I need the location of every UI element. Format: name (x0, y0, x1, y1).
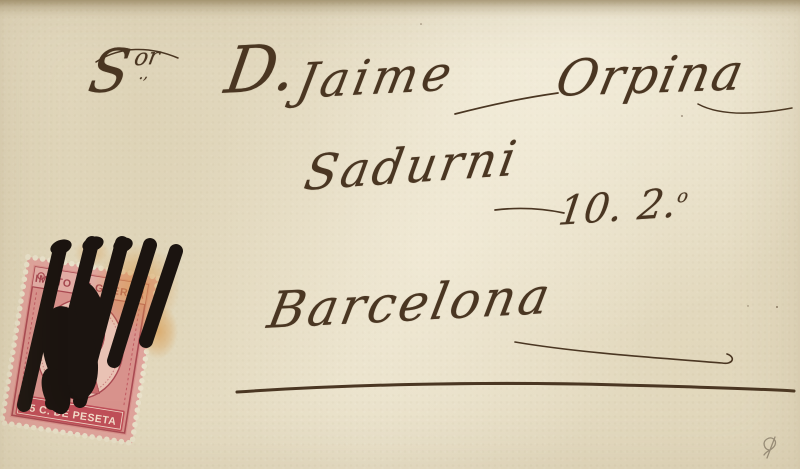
address-last-name: Orpina (552, 47, 750, 104)
postage-stamp: IMPTO DE GUERRA 15 C. DE PESETA (0, 233, 212, 469)
honorific-superscript: or., (131, 45, 161, 78)
floor-superscript: o (676, 186, 690, 208)
sadurni-number-connector (495, 209, 564, 213)
stamp-value-tablet-border (17, 396, 122, 429)
floor-number: 2. (635, 180, 680, 229)
collector-mark-curl (764, 438, 775, 455)
stamp-oval (30, 293, 131, 405)
address-street: Sadurni (301, 134, 522, 198)
ink-speck (776, 306, 778, 308)
stamp-denomination: 15 C. DE PESETA (22, 401, 117, 428)
stamp-band-rule (32, 287, 145, 305)
ink-speck (420, 23, 422, 25)
house-number: 10. (556, 184, 626, 235)
honorific-initial: S (84, 35, 136, 107)
address-number-floor: 10.2.o (556, 183, 690, 232)
address-first-name: Jaime (293, 49, 459, 106)
stamp-side-ornament (21, 292, 139, 405)
pencil-collector-mark (755, 432, 795, 462)
jaime-orpina-connector (455, 93, 558, 114)
address-underline (237, 383, 794, 392)
envelope-cover: Sor., D. Jaime Orpina Sadurni 10.2.o Bar… (0, 0, 800, 469)
ink-speck (747, 305, 748, 306)
spacer (620, 219, 636, 220)
stamp-inner-ground (10, 265, 151, 436)
address-city: Barcelona (264, 271, 557, 336)
stamp-top-band (32, 267, 148, 305)
address-honorific: Sor., (84, 38, 163, 106)
toning-stain (74, 239, 110, 267)
stamp-paper (2, 257, 159, 444)
king-profile-portrait (47, 308, 111, 398)
stamp-frame (12, 267, 148, 433)
barcelona-tail-flourish (515, 342, 732, 363)
stamp-value-tablet (15, 394, 125, 432)
orpina-tail-flourish (698, 104, 792, 113)
stamp-oval-pearls (34, 297, 125, 400)
ink-speck (681, 115, 683, 117)
stamp-top-inscription: IMPTO DE GUERRA (34, 273, 145, 302)
toning-stain (92, 243, 180, 333)
cancellation-ink-blob (32, 234, 134, 418)
toning-stains (74, 239, 180, 359)
address-title-don: D. (221, 36, 301, 104)
stamp-design: IMPTO DE GUERRA 15 C. DE PESETA (2, 257, 159, 444)
stamp-perforations (2, 257, 159, 444)
cancellation-bars (24, 243, 176, 405)
address-underline-thick (300, 384, 700, 388)
collector-mark-slash (767, 437, 775, 458)
toning-stain (138, 303, 178, 359)
stamp-corner-rosettes (17, 272, 144, 426)
